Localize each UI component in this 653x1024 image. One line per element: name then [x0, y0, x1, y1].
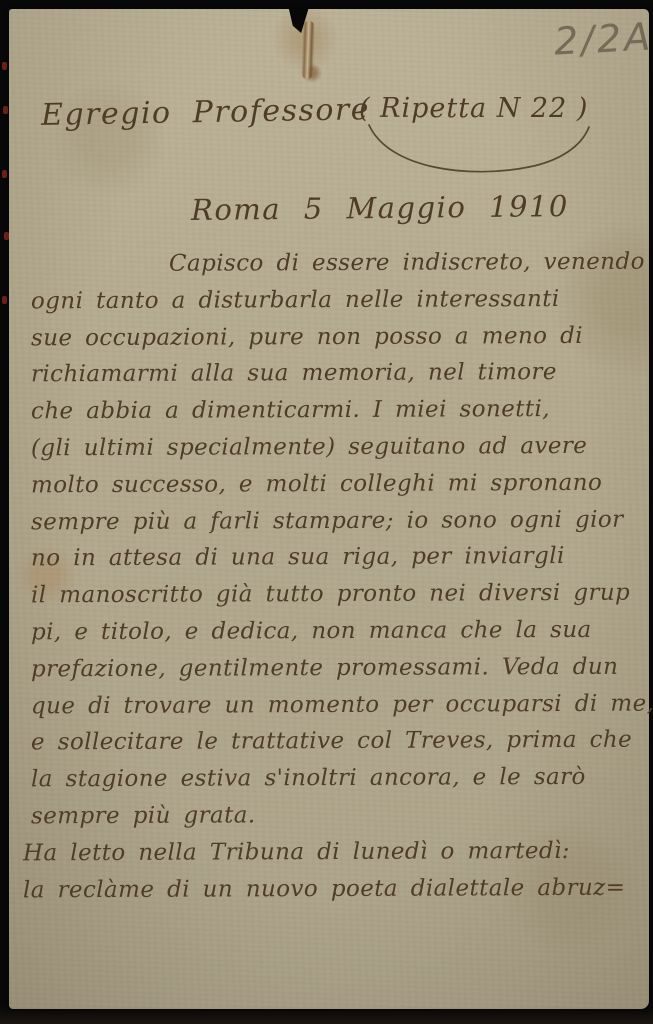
archival-number: 2/2A — [553, 14, 653, 63]
handwritten-line: (gli ultimi specialmente) seguitano ad a… — [31, 428, 641, 467]
paper-tear — [301, 21, 315, 79]
handwritten-line: il manoscritto già tutto pronto nei dive… — [31, 575, 641, 614]
handwritten-line: sue occupazioni, pure non posso a meno d… — [31, 317, 641, 356]
handwritten-line: Ha letto nella Tribuna di lunedì o marte… — [23, 832, 641, 871]
handwritten-line: la reclàme di un nuovo poeta dialettale … — [23, 869, 641, 908]
handwritten-line: richiamarmi alla sua memoria, nel timore — [31, 354, 641, 393]
handwritten-line: la stagione estiva s'inoltri ancora, e l… — [31, 759, 641, 798]
salutation: Egregio Professore — [41, 92, 371, 133]
handwritten-line: sempre più a farli stampare; io sono ogn… — [31, 501, 641, 540]
handwritten-line: prefazione, gentilmente promessami. Veda… — [31, 648, 641, 687]
address-circle-curve — [359, 123, 599, 181]
handwritten-line: che abbia a dimenticarmi. I miei sonetti… — [31, 391, 641, 430]
handwritten-line: sempre più grata. — [31, 796, 641, 835]
handwritten-line: Capisco di essere indiscreto, venendo — [31, 244, 641, 283]
binding-speck — [2, 170, 7, 178]
handwritten-line: ogni tanto a disturbarla nelle interessa… — [31, 280, 641, 319]
binding-speck — [2, 296, 7, 304]
handwritten-line: no in attesa di una sua riga, per inviar… — [31, 538, 641, 577]
letter-body: Capisco di essere indiscreto, venendo og… — [31, 245, 641, 907]
address-note: ( Ripetta N 22 ) — [359, 93, 588, 124]
dateline: Roma 5 Maggio 1910 — [191, 189, 569, 227]
binding-speck — [2, 62, 7, 70]
handwritten-line: que di trovare un momento per occuparsi … — [31, 685, 641, 724]
letter-page: 2/2A Egregio Professore ( Ripetta N 22 )… — [9, 9, 649, 1009]
handwritten-line: pi, e titolo, e dedica, non manca che la… — [31, 612, 641, 651]
binding-speck — [3, 106, 8, 114]
handwritten-line: molto successo, e molti colleghi mi spro… — [31, 464, 641, 503]
binding-speck — [4, 232, 9, 240]
handwritten-line: e sollecitare le trattative col Treves, … — [31, 722, 641, 761]
photo-background: 2/2A Egregio Professore ( Ripetta N 22 )… — [0, 0, 653, 1024]
